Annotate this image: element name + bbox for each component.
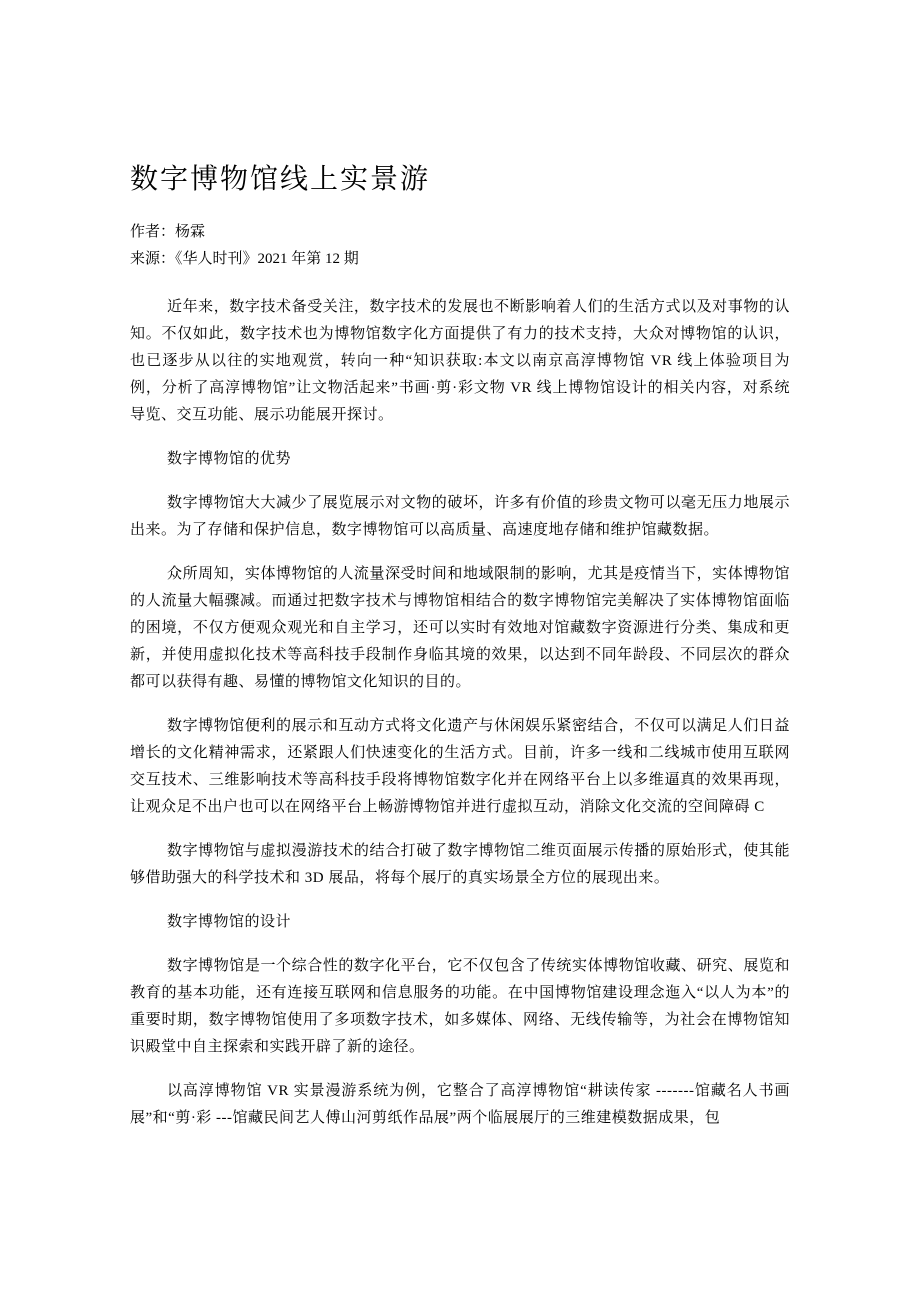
paragraph-intro: 近年来，数字技术备受关注，数字技术的发展也不断影响着人们的生活方式以及对事物的认… [130, 294, 790, 429]
article-title: 数字博物馆线上实景游 [130, 163, 790, 197]
paragraph-interaction: 数字博物馆便利的展示和互动方式将文化遗产与休闲娱乐紧密结合，不仅可以满足人们日益… [130, 713, 790, 821]
byline: 作者：杨霖 来源：《华人时刊》2021 年第 12 期 [130, 219, 790, 273]
paragraph-virtual-roaming: 数字博物馆与虚拟漫游技术的结合打破了数字博物馆二维页面展示传播的原始形式，使其能… [130, 838, 790, 892]
author-line: 作者：杨霖 [130, 219, 790, 246]
section-heading-design: 数字博物馆的设计 [130, 909, 790, 936]
paragraph-visitor-flow: 众所周知，实体博物馆的人流量深受时间和地域限制的影响，尤其是疫情当下，实体博物馆… [130, 561, 790, 696]
document-page: 数字博物馆线上实景游 作者：杨霖 来源：《华人时刊》2021 年第 12 期 近… [0, 0, 920, 1301]
paragraph-platform: 数字博物馆是一个综合性的数字化平台，它不仅包含了传统实体博物馆收藏、研究、展览和… [130, 953, 790, 1061]
article-body: 近年来，数字技术备受关注，数字技术的发展也不断影响着人们的生活方式以及对事物的认… [130, 294, 790, 1132]
paragraph-preservation: 数字博物馆大大减少了展览展示对文物的破坏，许多有价值的珍贵文物可以毫无压力地展示… [130, 490, 790, 544]
source-line: 来源：《华人时刊》2021 年第 12 期 [130, 246, 790, 273]
paragraph-gaochun-example: 以高淳博物馆 VR 实景漫游系统为例，它整合了高淳博物馆“耕读传家 ------… [130, 1078, 790, 1132]
section-heading-advantages: 数字博物馆的优势 [130, 446, 790, 473]
